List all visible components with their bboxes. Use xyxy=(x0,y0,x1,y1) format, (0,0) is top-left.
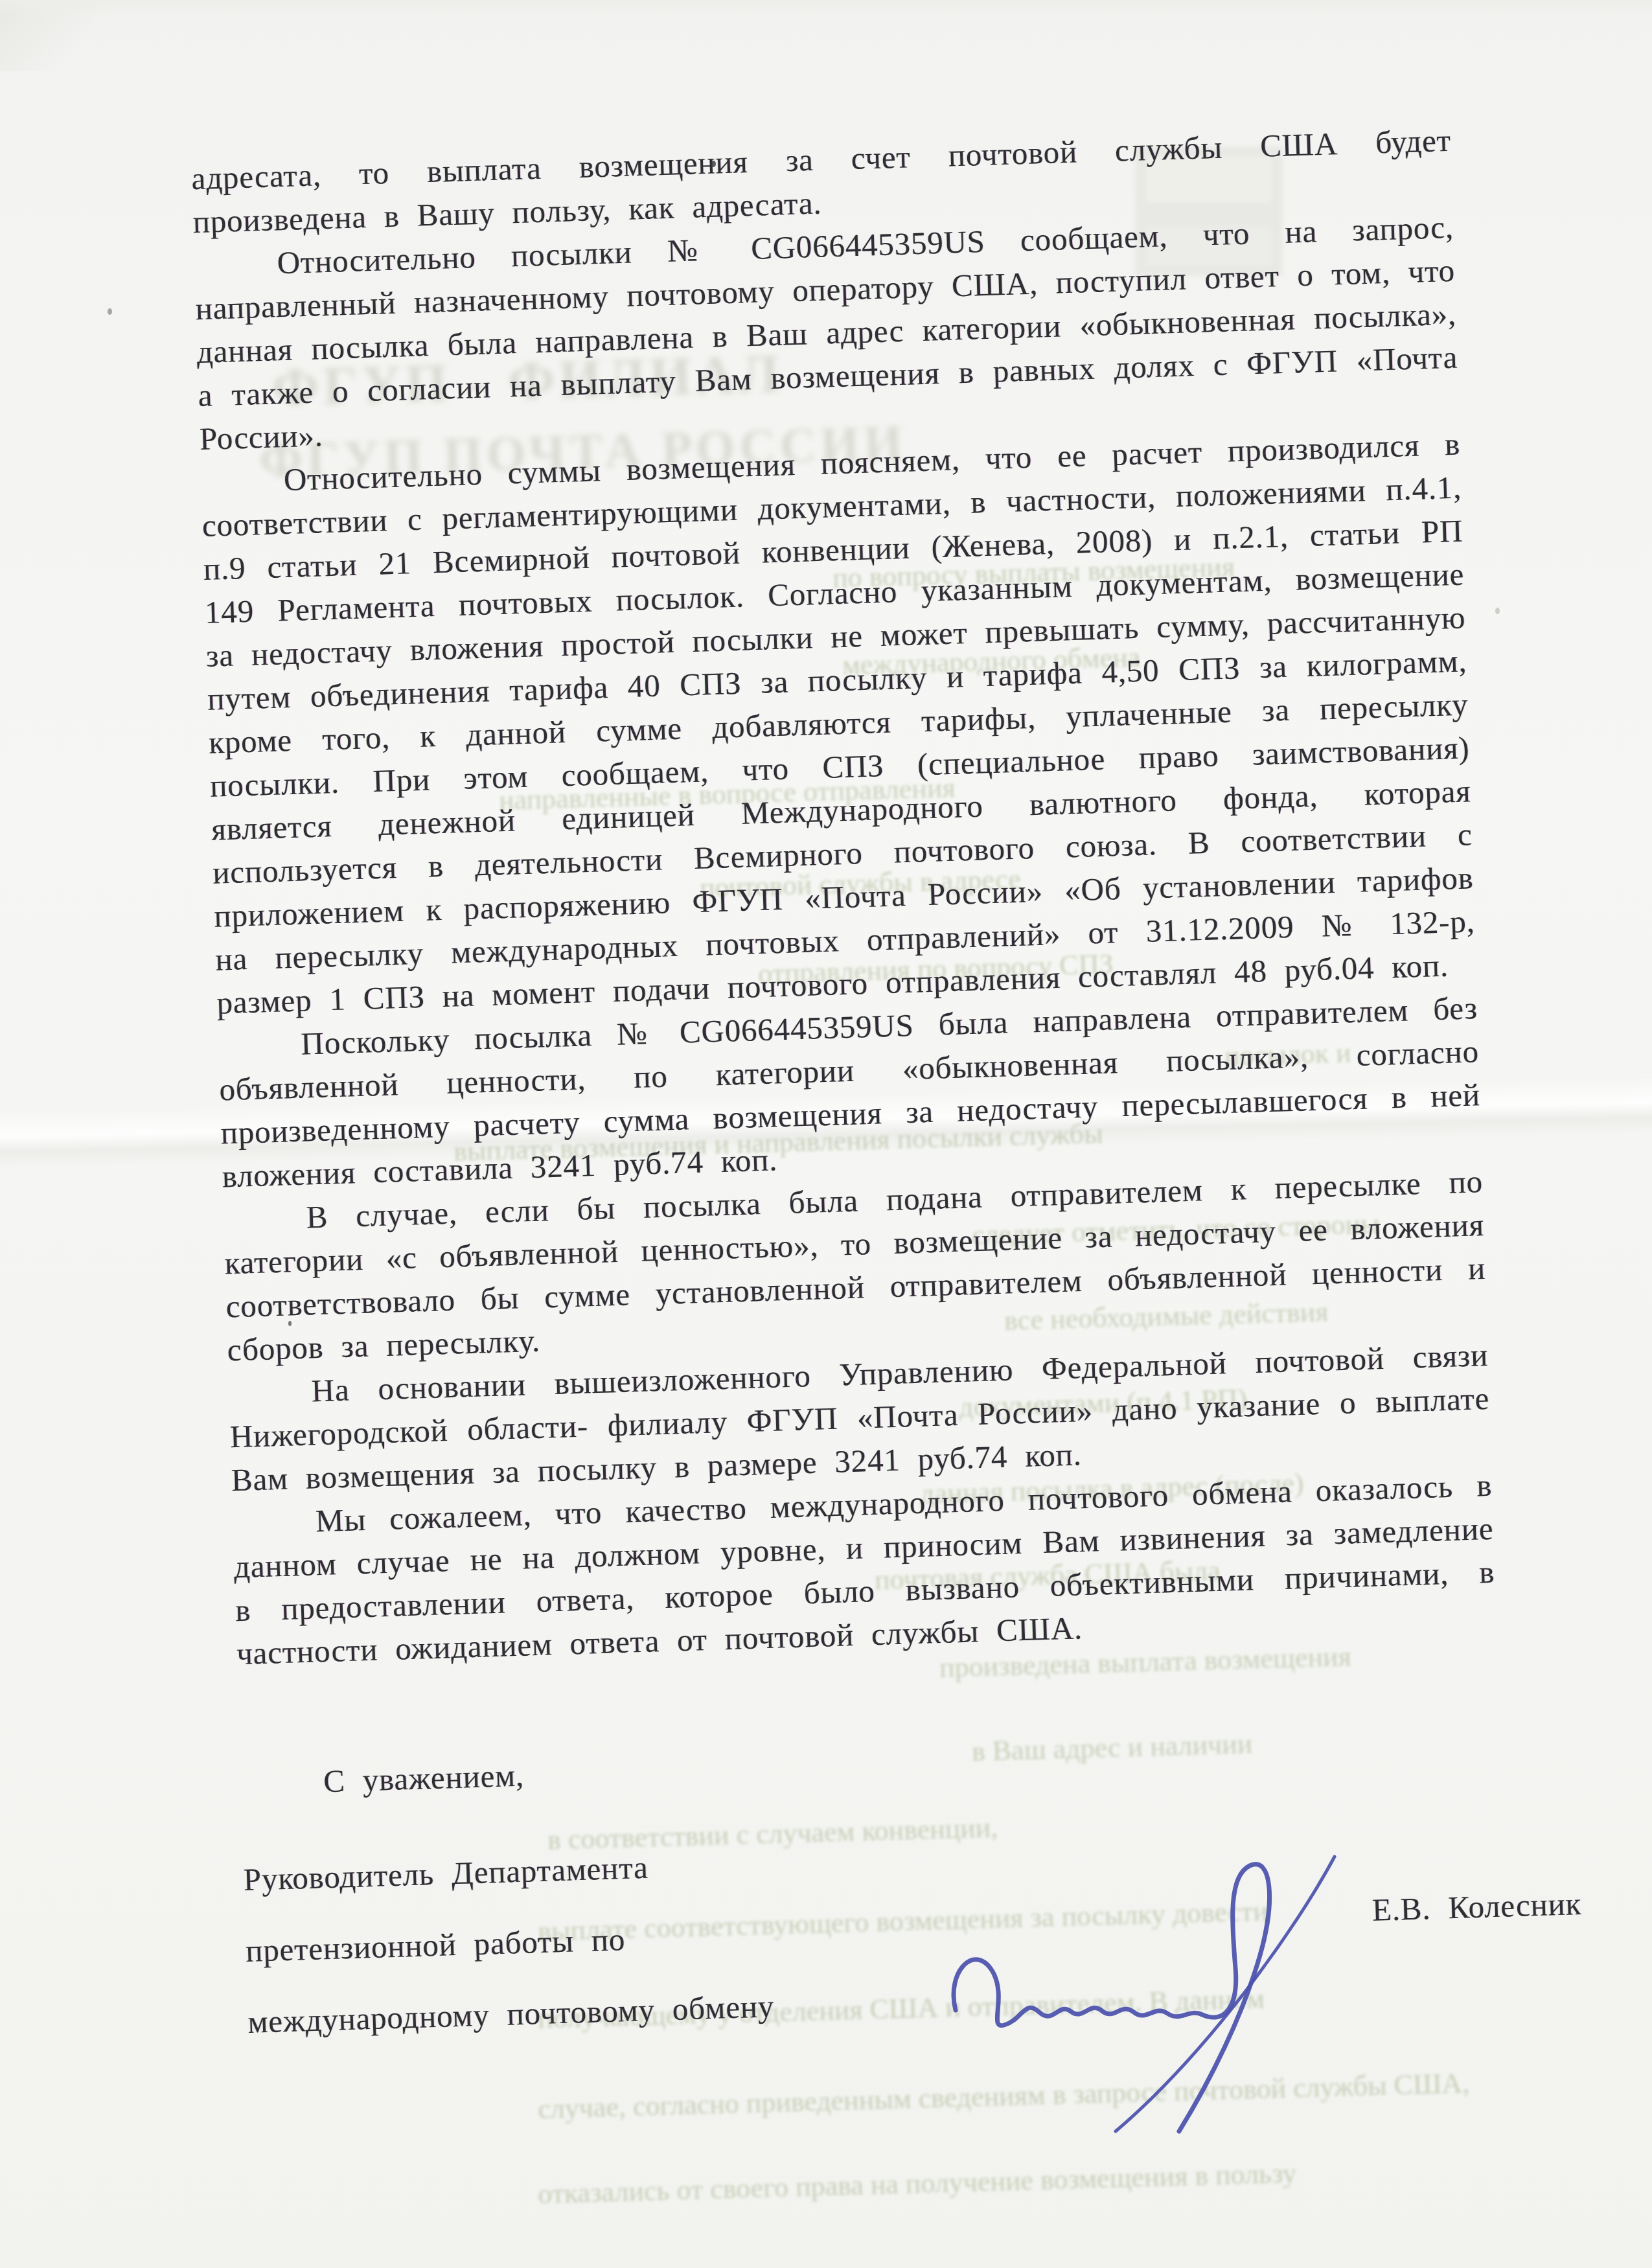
paragraph: Относительно суммы возмещения поясняем, … xyxy=(200,422,1477,1025)
scanner-top-shading xyxy=(0,0,1652,17)
paragraph: Относительно посылки № CG066445359US соо… xyxy=(194,205,1460,461)
scanned-letter-page: ФГУП - ФИЛИАЛФГУП ПОЧТА РОССИИпо вопросу… xyxy=(0,0,1652,2268)
letter-paragraphs: адресата, то выплата возмещения за счет … xyxy=(191,119,1497,1675)
letter-body: адресата, то выплата возмещения за счет … xyxy=(191,119,1509,2058)
closing-salutation: С уважением, xyxy=(240,1724,1500,1805)
signer-name: Е.В. Колесник xyxy=(1371,1868,1582,1946)
scan-dust xyxy=(0,0,2,4)
bleedthrough-text: отказались от своего права на получение … xyxy=(538,2157,1298,2211)
signature-ink xyxy=(920,1838,1399,2143)
